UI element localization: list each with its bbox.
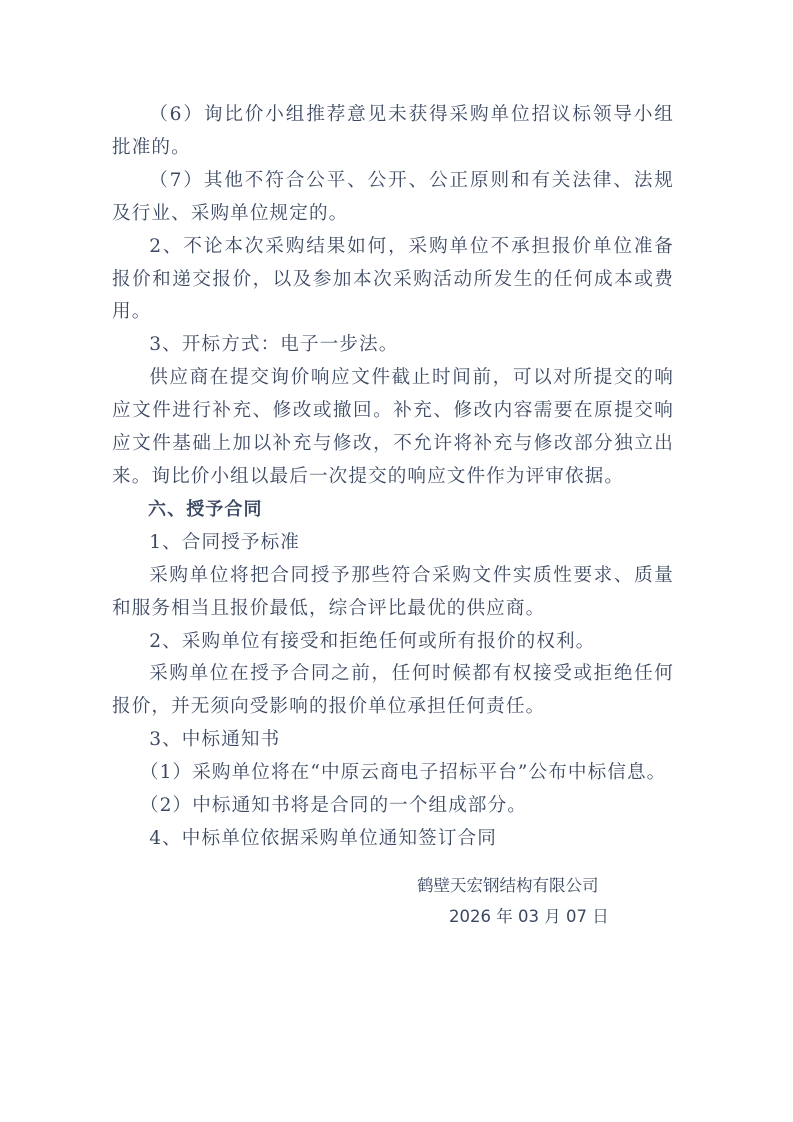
paragraph-notice-item-2: （2）中标通知书将是合同的一个组成部分。 [112, 790, 674, 823]
paragraph-right-to-reject: 2、采购单位有接受和拒绝任何或所有报价的权利。 [112, 626, 674, 659]
paragraph-award-criteria: 采购单位将把合同授予那些符合采购文件实质性要求、质量和服务相当且报价最低，综合评… [112, 560, 674, 626]
paragraph-sign-contract: 4、中标单位依据采购单位通知签订合同 [112, 823, 674, 856]
paragraph-opening-method: 3、开标方式：电子一步法。 [112, 329, 674, 362]
paragraph-award-notice-title: 3、中标通知书 [112, 724, 674, 757]
signature-company: 鹤壁天宏钢结构有限公司 [417, 872, 599, 896]
paragraph-supplier-revision: 供应商在提交询价响应文件截止时间前，可以对所提交的响应文件进行补充、修改或撤回。… [112, 362, 674, 494]
paragraph-award-criteria-title: 1、合同授予标准 [112, 527, 674, 560]
paragraph-reject-before-award: 采购单位在授予合同之前，任何时候都有权接受或拒绝任何报价，并无须向受影响的报价单… [112, 658, 674, 724]
paragraph-cost: 2、不论本次采购结果如何，采购单位不承担报价单位准备报价和递交报价，以及参加本次… [112, 231, 674, 330]
document-body: （6）询比价小组推荐意见未获得采购单位招议标领导小组批准的。 （7）其他不符合公… [112, 99, 674, 856]
paragraph-item-7: （7）其他不符合公平、公开、公正原则和有关法律、法规及行业、采购单位规定的。 [112, 165, 674, 231]
signature-date: 2026 年 03 月 07 日 [449, 903, 609, 927]
paragraph-item-6: （6）询比价小组推荐意见未获得采购单位招议标领导小组批准的。 [112, 99, 674, 165]
paragraph-notice-item-1: （1）采购单位将在“中原云商电子招标平台”公布中标信息。 [112, 757, 674, 790]
section-heading-award-contract: 六、授予合同 [112, 494, 674, 527]
